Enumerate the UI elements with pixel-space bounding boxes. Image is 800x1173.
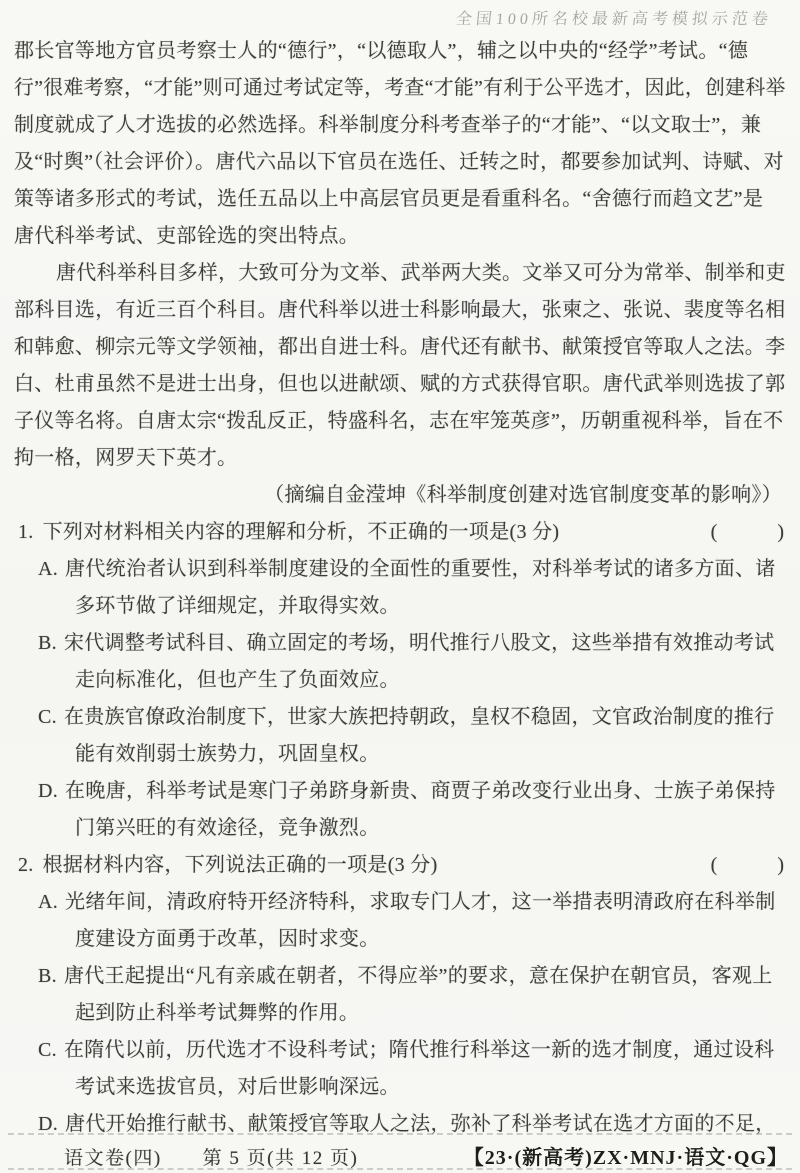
option-text: 唐代开始推行献书、献策授官等取人之法，弥补了科举考试在选才方面的不足， [65,1113,776,1135]
fold-line [8,1133,792,1135]
option-line: A.光绪年间，清政府特开经济特科，求取专门人才，这一举措表明清政府在科举制 [14,884,786,921]
answer-blank: ( ) [711,847,784,884]
option-label: D. [38,780,58,802]
option-text: 宋代调整考试科目、确立固定的考场，明代推行八股文，这些举措有效推动考试 [64,632,775,654]
option-label: C. [38,1039,57,1061]
passage-line: 唐代科举考试、吏部铨选的突出特点。 [14,218,786,255]
question-2-stem-row: 2.根据材料内容，下列说法正确的一项是(3 分)( ) [14,847,786,884]
option-label: A. [38,891,58,913]
option-line: C.在贵族官僚政治制度下，世家大族把持朝政，皇权不稳固，文官政治制度的推行 [14,699,786,736]
passage-line: 唐代科举科目多样，大致可分为文举、武举两大类。文举又可分为常举、制举和吏 [14,255,785,292]
passage-source-attribution: （摘编自金滢坤《科举制度创建对选官制度变革的影响》） [14,477,786,514]
passage-line: 行”很难考察，“才能”则可通过考试定等，考查“才能”有利于公平选才，因此，创建科… [14,70,781,107]
option-text: 在晚唐，科举考试是寒门子弟跻身新贵、商贾子弟改变行业出身、士族子弟保持 [65,780,776,802]
option-continuation-line: 考试来选拔官员，对后世影响深远。 [14,1069,786,1106]
passage-line: 白、杜甫虽然不是进士出身，但也以进献颂、赋的方式获得官职。唐代武举则选拔了郭 [14,366,786,403]
option-text: 唐代统治者认识到科举制度建设的全面性的重要性，对科举考试的诸多方面、诸 [65,558,776,580]
passage-line: 拘一格，网罗天下英才。 [14,440,786,477]
exam-paper-page: 全国100所名校最新高考模拟示范卷 郡长官等地方官员考察士人的“德行”，“以德取… [0,0,800,1173]
option-label: A. [38,558,58,580]
option-label: B. [38,965,57,987]
question-stem: 下列对材料相关内容的理解和分析，不正确的一项是(3 分) [43,521,560,543]
option-line: A.唐代统治者认识到科举制度建设的全面性的重要性，对科举考试的诸多方面、诸 [14,551,786,588]
fold-line [8,1168,792,1170]
footer-paper-code: 【23·(新高考)ZX·MNJ·语文·QG】 [464,1141,788,1170]
passage-and-questions: 郡长官等地方官员考察士人的“德行”，“以德取人”，辅之以中央的“经学”考试。“德… [14,33,786,1143]
question-1-stem-row: 1.下列对材料相关内容的理解和分析，不正确的一项是(3 分)( ) [14,514,786,551]
option-label: C. [38,706,57,728]
option-line: B.宋代调整考试科目、确立固定的考场，明代推行八股文，这些举措有效推动考试 [14,625,786,662]
passage-line: 部科目选，有近三百个科目。唐代科举以进士科影响最大，张柬之、张说、裴度等名相 [14,292,786,329]
page-footer: 语文卷(四) 第 5 页(共 12 页) 【23·(新高考)ZX·MNJ·语文·… [0,1141,800,1171]
passage-line: 策等诸多形式的考试，选任五品以上中高层官员更是看重科名。“舍德行而趋文艺”是 [14,181,786,218]
option-text: 在隋代以前，历代选才不设科考试；隋代推行科举这一新的选才制度，通过设科 [64,1039,775,1061]
option-continuation-line: 能有效削弱士族势力，巩固皇权。 [14,736,786,773]
option-label: D. [38,1113,58,1135]
question-number: 1. [18,521,34,543]
option-text: 在贵族官僚政治制度下，世家大族把持朝政，皇权不稳固，文官政治制度的推行 [64,706,775,728]
passage-line: 郡长官等地方官员考察士人的“德行”，“以德取人”，辅之以中央的“经学”考试。“德 [14,33,786,70]
option-line: D.在晚唐，科举考试是寒门子弟跻身新贵、商贾子弟改变行业出身、士族子弟保持 [14,773,786,810]
option-continuation-line: 走向标准化，但也产生了负面效应。 [14,662,786,699]
option-continuation-line: 多环节做了详细规定，并取得实效。 [14,588,786,625]
passage-line: 制度就成了人才选拔的必然选择。科举制度分科考查举子的“才能”、“以文取士”，兼 [14,107,786,144]
question-stem: 根据材料内容，下列说法正确的一项是(3 分) [43,854,438,876]
option-continuation-line: 门第兴旺的有效途径，竞争激烈。 [14,810,786,847]
question-number: 2. [18,854,34,876]
exam-header-watermark: 全国100所名校最新高考模拟示范卷 [455,6,773,29]
passage-line: 子仪等名将。自唐太宗“拨乱反正，特盛科名，志在牢笼英彦”，历朝重视科举，旨在不 [14,403,786,440]
answer-blank: ( ) [711,514,784,551]
passage-line: 及“时舆”（社会评价）。唐代六品以下官员在选任、迁转之时，都要参加试判、诗赋、对 [14,144,786,181]
passage-line: 和韩愈、柳宗元等文学领袖，都出自进士科。唐代还有献书、献策授官等取人之法。李 [14,329,786,366]
option-text: 光绪年间，清政府特开经济特科，求取专门人才，这一举措表明清政府在科举制 [65,891,776,913]
option-label: B. [38,632,57,654]
footer-page-info: 语文卷(四) 第 5 页(共 12 页) [64,1143,358,1170]
option-continuation-line: 度建设方面勇于改革，因时求变。 [14,921,786,958]
option-line: D.唐代开始推行献书、献策授官等取人之法，弥补了科举考试在选才方面的不足， [14,1106,786,1143]
option-line: C.在隋代以前，历代选才不设科考试；隋代推行科举这一新的选才制度，通过设科 [14,1032,786,1069]
option-text: 唐代王起提出“凡有亲戚在朝者，不得应举”的要求，意在保护在朝官员，客观上 [64,965,773,987]
option-line: B.唐代王起提出“凡有亲戚在朝者，不得应举”的要求，意在保护在朝官员，客观上 [14,958,786,995]
option-continuation-line: 起到防止科举考试舞弊的作用。 [14,995,786,1032]
